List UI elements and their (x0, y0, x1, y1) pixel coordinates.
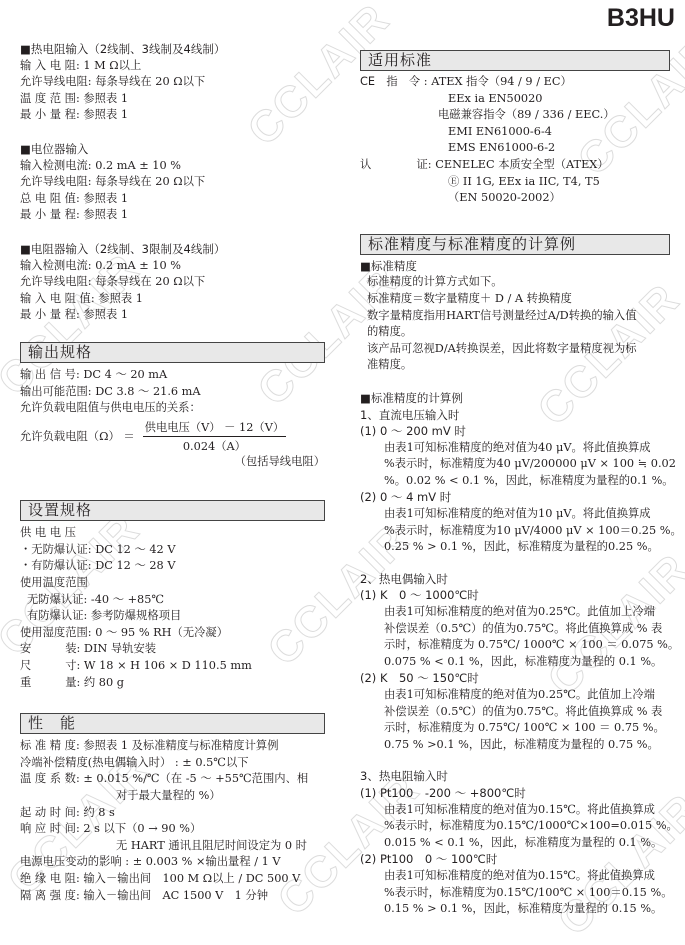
spec-row: 响 应 时 间: 2 s 以下（0 → 90 %） (20, 821, 325, 838)
spec-value: 每条导线在 20 Ω以下 (95, 175, 205, 188)
spec-label: 温 度 系 数 (20, 772, 76, 785)
ce-line: 电磁兼容指令（89 / 336 / EEC.） (360, 107, 670, 124)
section-heading-performance: 性 能 (20, 713, 325, 734)
spec-label: 总 电 阻 值 (20, 192, 76, 205)
spec-row: 标 准 精 度: 参照表 1 及标准精度与标准精度计算例 (20, 738, 325, 755)
spec-label: 输出可能范围 (20, 385, 88, 398)
calc-group-title: 2、热电偶输入时 (360, 571, 670, 588)
calc-line: %表示时，标准精度为0.15℃/100℃ × 100＝0.15 %。 (360, 885, 670, 902)
calc-title: ■标准精度的计算例 (360, 390, 670, 407)
calc-case-title: (1) K 0 ～ 1000℃时 (360, 587, 670, 604)
rtd-input-section: ■热电阻输入（2线制、3线制及4线制） 输 入 电 阻: 1 M Ω以上 允许导… (20, 41, 325, 124)
spec-value: 参照表 1 (83, 208, 128, 221)
res-input-title: ■电阻器输入（2线制、3限制及4线制） (20, 241, 325, 258)
spec-row: 电源电压变动的影响 : ± 0.003 % ×输出量程 / 1 V (20, 854, 325, 871)
spec-label: 允许导线电阻 (20, 75, 88, 88)
calc-case-title: (2) Pt100 0 ～ 100℃时 (360, 851, 670, 868)
spec-label: 最 小 量 程 (20, 108, 76, 121)
spec-row: 输入检测电流: 0.2 mA ± 10 % (20, 258, 325, 275)
spec-label: 使用湿度范围 (20, 626, 88, 639)
spec-value: 每条导线在 20 Ω以下 (95, 75, 205, 88)
spec-value: DC 4 ～ 20 mA (83, 368, 167, 381)
spec-value: W 18 × H 106 × D 110.5 mm (84, 659, 252, 672)
spec-label: 标 准 精 度 (20, 739, 76, 752)
cert-row: 认 证: CENELEC 本质安全型（ATEX） (360, 157, 670, 174)
calc-line: 由表1可知标准精度的绝对值为10 μV。将此值换算成 (360, 506, 670, 523)
spec-row: 无防爆认证: -40 ～ +85℃ (20, 592, 325, 609)
spec-value: 参照表 1 (83, 192, 128, 205)
calc-case-title: (1) Pt100 -200 ～ +800℃时 (360, 785, 670, 802)
spec-value: ± 0.003 % ×输出量程 / 1 V (133, 855, 281, 868)
spec-label: 输入检测电流 (20, 259, 88, 272)
calc-case-title: (1) 0 ～ 200 mV 时 (360, 423, 670, 440)
spec-row: 使用湿度范围: 0 ～ 95 % RH（无冷凝） (20, 625, 325, 642)
temp-range-label: 使用温度范围 (20, 575, 325, 592)
calc-line: 由表1可知标准精度的绝对值为0.15℃。将此值换算成 (360, 868, 670, 885)
spec-row: 输 出 信 号: DC 4 ～ 20 mA (20, 367, 325, 384)
spec-row: 允许导线电阻: 每条导线在 20 Ω以下 (20, 274, 325, 291)
spec-value: 每条导线在 20 Ω以下 (95, 275, 205, 288)
spec-label: 输 出 信 号 (20, 368, 76, 381)
spec-value: -40 ～ +85℃ (91, 593, 164, 606)
spec-value: 参考防爆规格项目 (91, 609, 181, 622)
spec-label: 输 入 电 阻 值 (20, 292, 91, 305)
std-line: 数字量精度指用HART信号测量经过A/D转换的输入值 (360, 308, 670, 325)
spec-row: 最 小 量 程: 参照表 1 (20, 207, 325, 224)
ce-value: ATEX 指令（94 / 9 / EC） (431, 75, 572, 88)
section-heading-accuracy: 标准精度与标准精度的计算例 (360, 234, 670, 255)
cert-line: Ⓔ II 1G, EEx ia IIC, T4, T5 (360, 174, 670, 191)
spec-label: 温 度 范 围 (20, 92, 76, 105)
load-formula: 允许负载电阻（Ω） ＝ 供电电压（V） － 12（V） 0.024（A） (20, 419, 325, 454)
spec-continuation: 对于最大量程的 %） (20, 788, 325, 805)
spec-value: 0.2 mA ± 10 % (95, 159, 181, 172)
cert-value: CENELEC 本质安全型（ATEX） (435, 158, 608, 171)
res-input-section: ■电阻器输入（2线制、3限制及4线制） 输入检测电流: 0.2 mA ± 10 … (20, 241, 325, 324)
spec-label: ・无防爆认证 (20, 543, 88, 556)
spec-label: 无防爆认证 (27, 593, 84, 606)
spec-label: ・有防爆认证 (20, 559, 88, 572)
calc-line: 由表1可知标准精度的绝对值为0.25℃。此值加上冷端 (360, 687, 670, 704)
calc-group-title: 3、热电阻输入时 (360, 768, 670, 785)
cert-label: 认 证 (360, 158, 428, 171)
spec-label: 重 量 (20, 676, 77, 689)
spec-row: 允许导线电阻: 每条导线在 20 Ω以下 (20, 74, 325, 91)
spec-label: 允许导线电阻 (20, 275, 88, 288)
spec-label: 有防爆认证 (27, 609, 84, 622)
spec-label: 输入检测电流 (20, 159, 88, 172)
ce-row: CE 指 令 : ATEX 指令（94 / 9 / EC） (360, 74, 670, 91)
spec-value: DC 3.8 ～ 21.6 mA (95, 385, 200, 398)
spec-row: 冷端补偿精度(热电偶输入时） : ± 0.5℃以下 (20, 755, 325, 772)
ce-line: EEx ia EN50020 (360, 91, 670, 108)
spec-value: DC 12 ～ 42 V (95, 543, 175, 556)
calc-line: 0.25 % > 0.1 %，因此，标准精度为量程的0.25 %。 (360, 539, 670, 556)
spec-value: 0.2 mA ± 10 % (95, 259, 181, 272)
spec-row: 隔 离 强 度: 输入－输出间 AC 1500 V 1 分钟 (20, 888, 325, 905)
spec-value: 参照表 1 (83, 308, 128, 321)
spec-value: DC 12 ～ 28 V (95, 559, 175, 572)
calc-case-title: (2) K 50 ～ 150℃时 (360, 670, 670, 687)
section-heading-standards: 适用标准 (360, 50, 670, 71)
spec-value: ± 0.015 %/℃（在 -5 ～ +55℃范围内、相 (83, 772, 308, 785)
spec-label: 电源电压变动的影响 (20, 855, 122, 868)
std-line: 标准精度＝数字量精度＋ D / A 转换精度 (360, 291, 670, 308)
spec-label: 安 装 (20, 642, 77, 655)
spec-label: 响 应 时 间 (20, 822, 76, 835)
std-line: 准精度。 (360, 357, 670, 374)
std-line: 标准精度的计算方式如下。 (360, 274, 670, 291)
formula-numerator: 供电电压（V） － 12（V） (143, 419, 287, 437)
spec-value: 输入－输出间 AC 1500 V 1 分钟 (83, 889, 268, 902)
spec-row: 温 度 范 围: 参照表 1 (20, 91, 325, 108)
spec-row: 重 量: 约 80 g (20, 675, 325, 692)
calc-line: 0.075 % < 0.1 %，因此，标准精度为量程的 0.1 %。 (360, 654, 670, 671)
spec-row: 有防爆认证: 参考防爆规格项目 (20, 608, 325, 625)
spec-row: 温 度 系 数: ± 0.015 %/℃（在 -5 ～ +55℃范围内、相 (20, 771, 325, 788)
left-column: ■热电阻输入（2线制、3线制及4线制） 输 入 电 阻: 1 M Ω以上 允许导… (20, 0, 325, 904)
spec-label: 允许导线电阻 (20, 175, 88, 188)
spec-row: 尺 寸: W 18 × H 106 × D 110.5 mm (20, 658, 325, 675)
spec-value: 0 ～ 95 % RH（无冷凝） (95, 626, 228, 639)
calc-line: %。0.02 % < 0.1 %，因此，标准精度为量程的0.1 %。 (360, 473, 670, 490)
spec-row: 起 动 时 间: 约 8 s (20, 805, 325, 822)
spec-row: 输出可能范围: DC 3.8 ～ 21.6 mA (20, 384, 325, 401)
calc-line: 0.015 % < 0.1 %，因此，标准精度为量程的 0.1 %。 (360, 835, 670, 852)
spec-row: 安 装: DIN 导轨安装 (20, 641, 325, 658)
calc-line: 示时，标准精度为 0.75℃/ 100℃ × 100 ＝ 0.75 %。 (360, 720, 670, 737)
spec-value: 约 8 s (83, 806, 114, 819)
spec-row: 输入检测电流: 0.2 mA ± 10 % (20, 158, 325, 175)
calc-line: %表示时，标准精度为0.15℃/1000℃×100=0.015 %。 (360, 818, 670, 835)
section-heading-output: 输出规格 (20, 342, 325, 363)
spec-label: 尺 寸 (20, 659, 77, 672)
right-column: 适用标准 CE 指 令 : ATEX 指令（94 / 9 / EC） EEx i… (360, 0, 670, 918)
spec-value: DIN 导轨安装 (84, 642, 156, 655)
cert-line: （EN 50020-2002） (360, 190, 670, 207)
ce-line: EMI EN61000-6-4 (360, 124, 670, 141)
spec-row: 输 入 电 阻 值: 参照表 1 (20, 291, 325, 308)
pot-input-title: ■电位器输入 (20, 141, 325, 158)
load-relation-label: 允许负载电阻值与供电电压的关系： (20, 400, 325, 417)
spec-label: 输 入 电 阻 (20, 59, 76, 72)
spec-value: 参照表 1 (83, 108, 128, 121)
model-title: B3HU (607, 4, 675, 33)
spec-label: 最 小 量 程 (20, 308, 76, 321)
spec-row: 最 小 量 程: 参照表 1 (20, 107, 325, 124)
spec-label: 最 小 量 程 (20, 208, 76, 221)
calc-case-title: (2) 0 ～ 4 mV 时 (360, 489, 670, 506)
spec-label: 绝 缘 电 阻 (20, 872, 76, 885)
ce-line: EMS EN61000-6-2 (360, 140, 670, 157)
supply-voltage-label: 供 电 电 压 (20, 525, 325, 542)
spec-row: ・无防爆认证: DC 12 ～ 42 V (20, 542, 325, 559)
spec-value: 2 s 以下（0 → 90 %） (83, 822, 201, 835)
calc-line: %表示时，标准精度为40 μV/200000 μV × 100 ≒ 0.02 (360, 456, 670, 473)
spec-value: 1 M Ω以上 (83, 59, 141, 72)
std-line: 的精度。 (360, 324, 670, 341)
spec-row: 总 电 阻 值: 参照表 1 (20, 191, 325, 208)
spec-value: 参照表 1 及标准精度与标准精度计算例 (83, 739, 278, 752)
calc-line: 由表1可知标准精度的绝对值为0.15℃。将此值换算成 (360, 802, 670, 819)
calc-line: 由表1可知标准精度的绝对值为0.25℃。此值加上冷端 (360, 604, 670, 621)
ex-mark-icon: Ⓔ II 1G, EEx ia IIC, T4, T5 (448, 175, 600, 188)
spec-row: ・有防爆认证: DC 12 ～ 28 V (20, 558, 325, 575)
calc-line: 补偿误差（0.5℃）的值为0.75℃。将此值换算成 % 表 (360, 621, 670, 638)
spec-continuation: 无 HART 通讯且阻尼时间设定为 0 时 (20, 838, 325, 855)
formula-note: （包括导线电阻） (20, 454, 325, 471)
calc-line: 由表1可知标准精度的绝对值为40 μV。将此值换算成 (360, 440, 670, 457)
calc-line: %表示时，标准精度为10 μV/4000 μV × 100＝0.25 %。 (360, 523, 670, 540)
rtd-input-title: ■热电阻输入（2线制、3线制及4线制） (20, 41, 325, 58)
calc-line: 0.15 % > 0.1 %，因此，标准精度为量程的 0.15 %。 (360, 901, 670, 918)
calc-line: 补偿误差（0.5℃）的值为0.75℃。将此值换算成 % 表 (360, 704, 670, 721)
spec-value: 约 80 g (84, 676, 124, 689)
pot-input-section: ■电位器输入 输入检测电流: 0.2 mA ± 10 % 允许导线电阻: 每条导… (20, 141, 325, 224)
std-line: 该产品可忽视D/A转换误差，因此将数字量精度视为标 (360, 341, 670, 358)
spec-label: 冷端补偿精度(热电偶输入时） (20, 756, 171, 769)
formula-lhs: 允许负载电阻（Ω） ＝ (20, 428, 135, 444)
spec-value: ± 0.5℃以下 (182, 756, 248, 769)
spec-row: 最 小 量 程: 参照表 1 (20, 307, 325, 324)
calc-group-title: 1、直流电压输入时 (360, 407, 670, 424)
spec-label: 隔 离 强 度 (20, 889, 76, 902)
spec-row: 允许导线电阻: 每条导线在 20 Ω以下 (20, 174, 325, 191)
std-accuracy-title: ■标准精度 (360, 258, 670, 275)
spec-row: 绝 缘 电 阻: 输入－输出间 100 M Ω以上 / DC 500 V (20, 871, 325, 888)
spec-value: 参照表 1 (98, 292, 143, 305)
spec-value: 输入－输出间 100 M Ω以上 / DC 500 V (83, 872, 300, 885)
section-heading-install: 设置规格 (20, 500, 325, 521)
spec-label: 起 动 时 间 (20, 806, 76, 819)
spec-row: 输 入 电 阻: 1 M Ω以上 (20, 58, 325, 75)
ce-label: CE 指 令 (360, 75, 420, 88)
calc-line: 0.75 % >0.1 %，因此，标准精度为量程的 0.75 %。 (360, 737, 670, 754)
formula-denominator: 0.024（A） (143, 437, 287, 454)
calc-line: 示时，标准精度为 0.75℃/ 1000℃ × 100 ＝ 0.075 %。 (360, 637, 670, 654)
spec-value: 参照表 1 (83, 92, 128, 105)
